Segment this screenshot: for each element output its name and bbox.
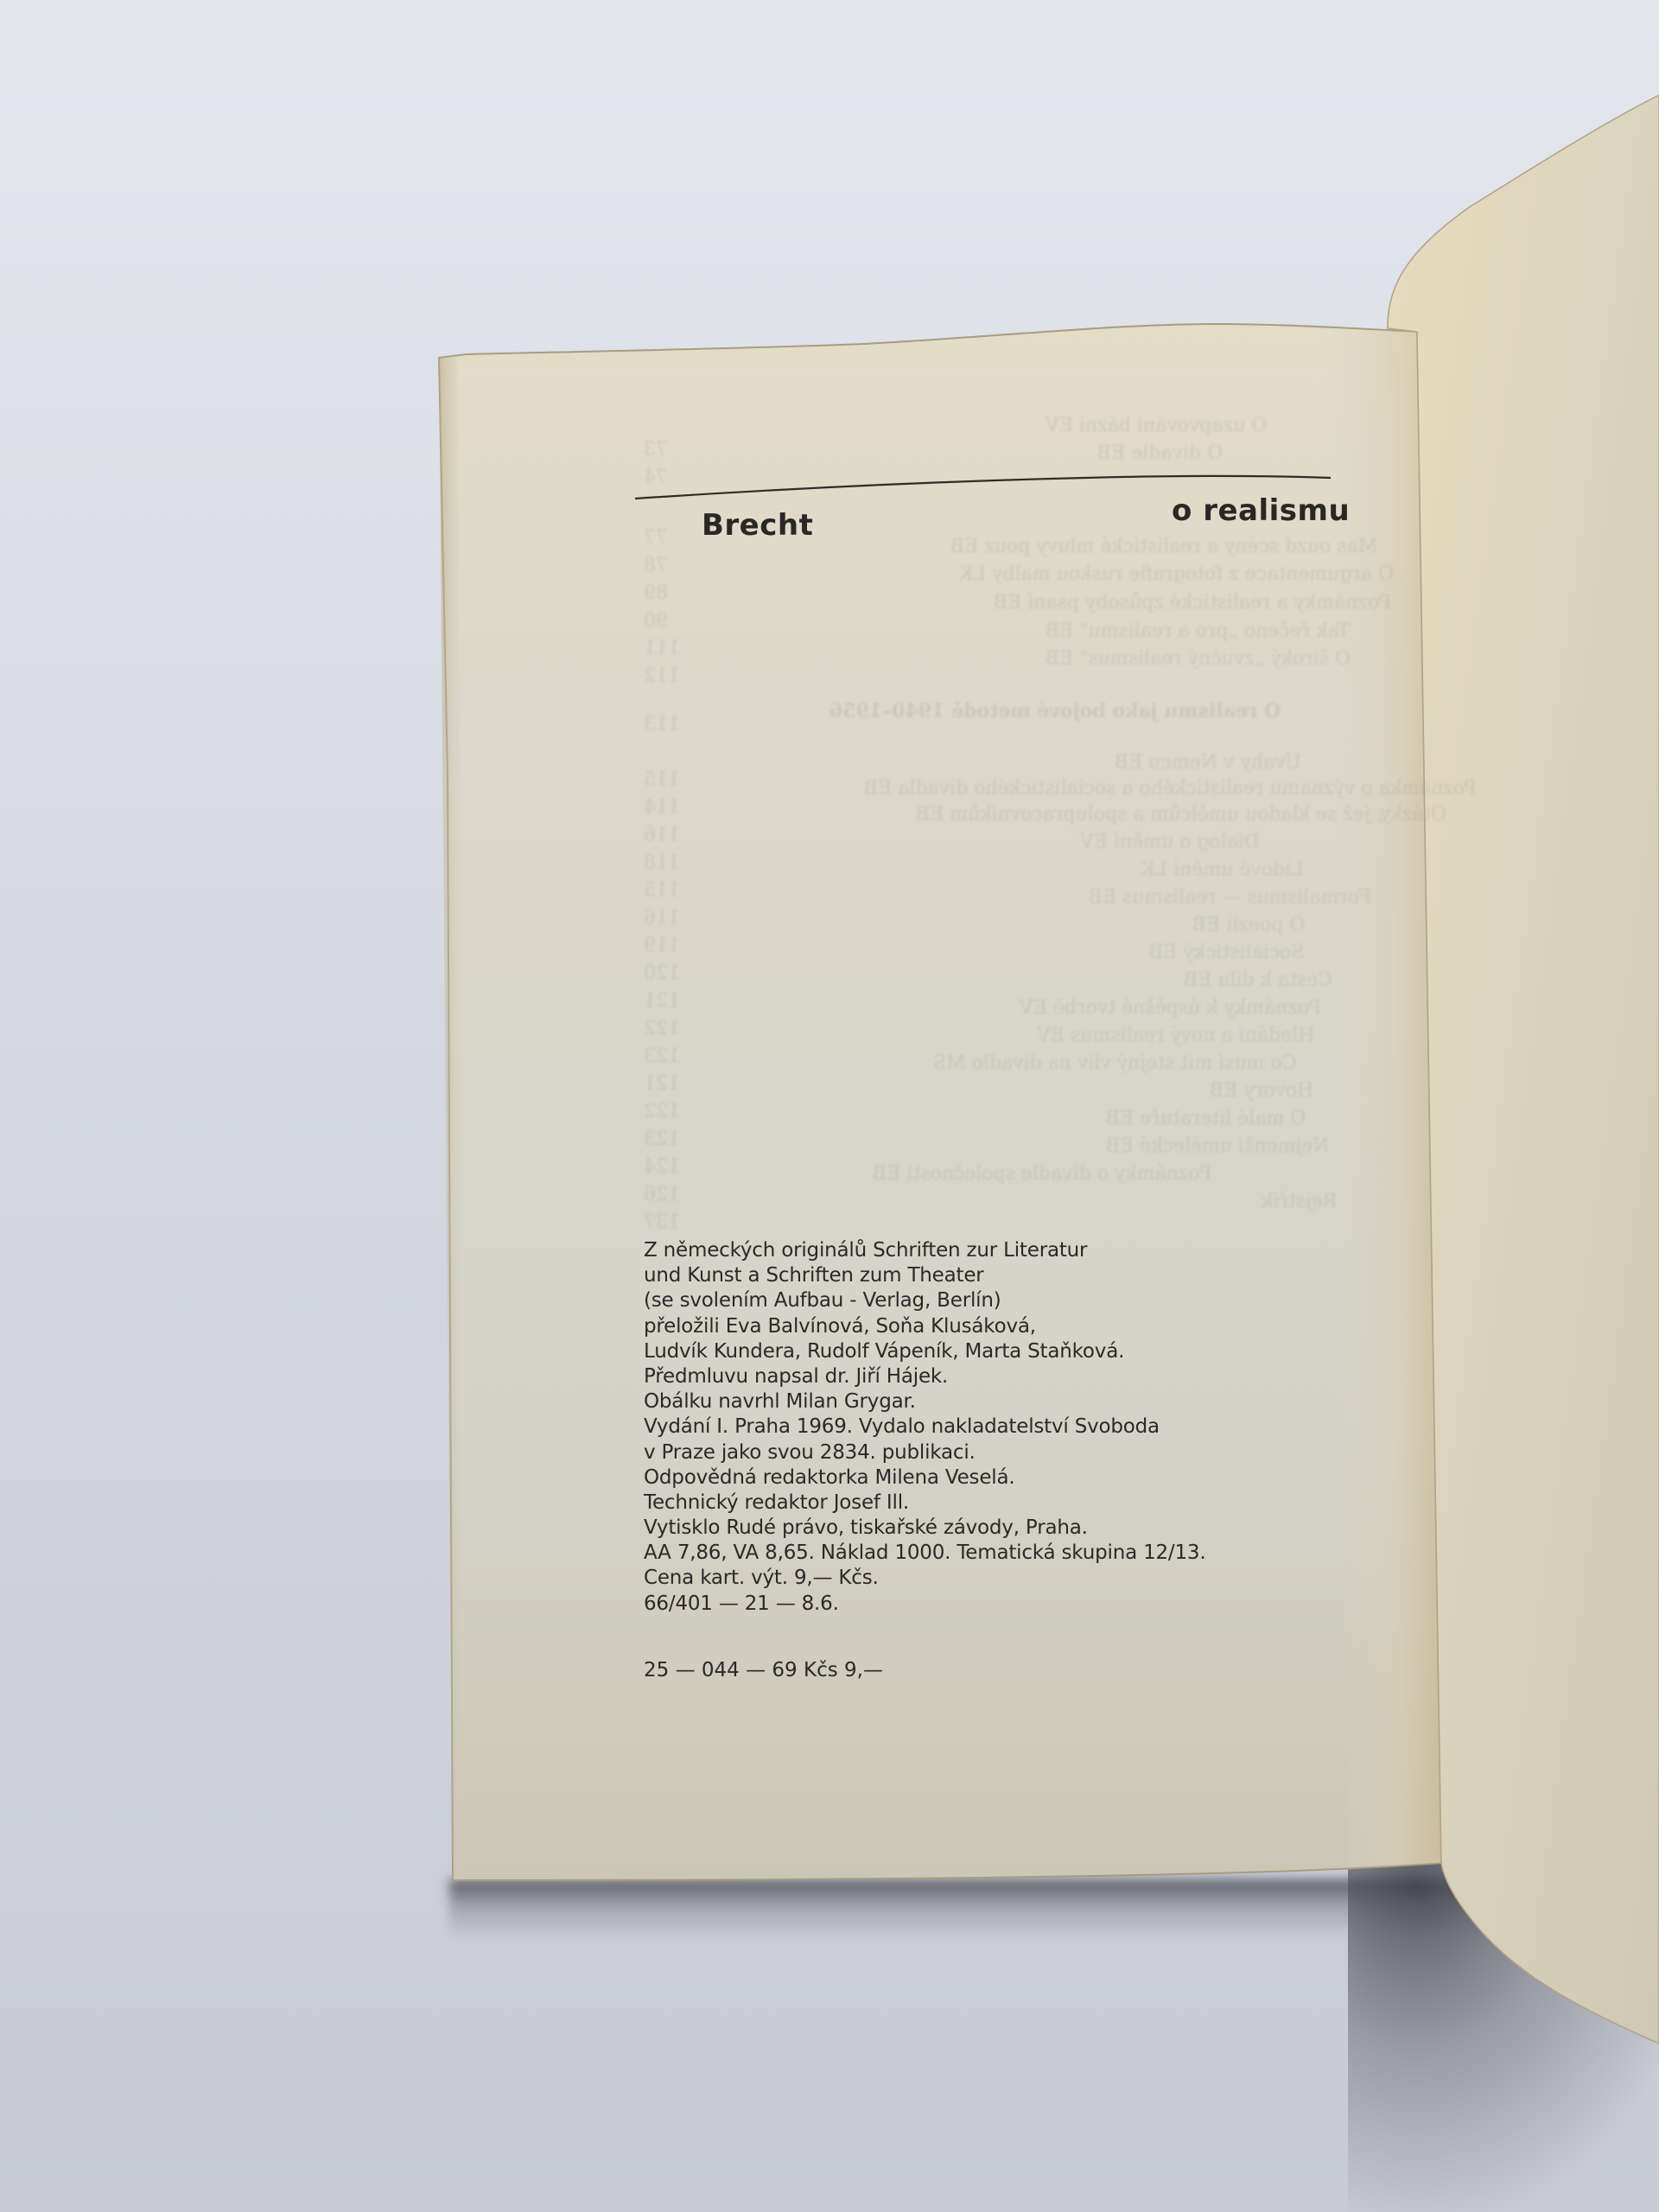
colophon-line: Cena kart. výt. 9,— Kčs.: [644, 1566, 1205, 1591]
colophon-line: přeložili Eva Balvínová, Soňa Klusáková,: [644, 1314, 1205, 1339]
colophon-block: Z německých originálů Schriften zur Lite…: [644, 1238, 1205, 1617]
running-head-title: o realismu: [1172, 493, 1350, 528]
header-rule: [0, 0, 1659, 2212]
running-head-author: Brecht: [702, 508, 813, 543]
colophon-line: 66/401 — 21 — 8.6.: [644, 1592, 1205, 1617]
colophon-line: Vydání I. Praha 1969. Vydalo nakladatels…: [644, 1414, 1205, 1440]
photo-scene: O uzapvováni bázní EV O divadle EB Mas o…: [0, 0, 1659, 2212]
colophon-line: v Praze jako svou 2834. publikaci.: [644, 1440, 1205, 1465]
colophon-line: Z německých originálů Schriften zur Lite…: [644, 1238, 1205, 1263]
colophon-line: (se svolením Aufbau - Verlag, Berlín): [644, 1288, 1205, 1313]
colophon-line: Ludvík Kundera, Rudolf Vápeník, Marta St…: [644, 1339, 1205, 1364]
colophon-line: Technický redaktor Josef Ill.: [644, 1491, 1205, 1516]
colophon-line: AA 7,86, VA 8,65. Náklad 1000. Tematická…: [644, 1541, 1205, 1566]
colophon-line: Odpovědná redaktorka Milena Veselá.: [644, 1465, 1205, 1491]
colophon-line: Vytisklo Rudé právo, tiskařské závody, P…: [644, 1516, 1205, 1541]
colophon-line: und Kunst a Schriften zum Theater: [644, 1263, 1205, 1288]
colophon-line: Obálku navrhl Milan Grygar.: [644, 1389, 1205, 1414]
colophon-line: Předmluvu napsal dr. Jiří Hájek.: [644, 1364, 1205, 1389]
print-code-price: 25 — 044 — 69 Kčs 9,—: [644, 1659, 883, 1681]
